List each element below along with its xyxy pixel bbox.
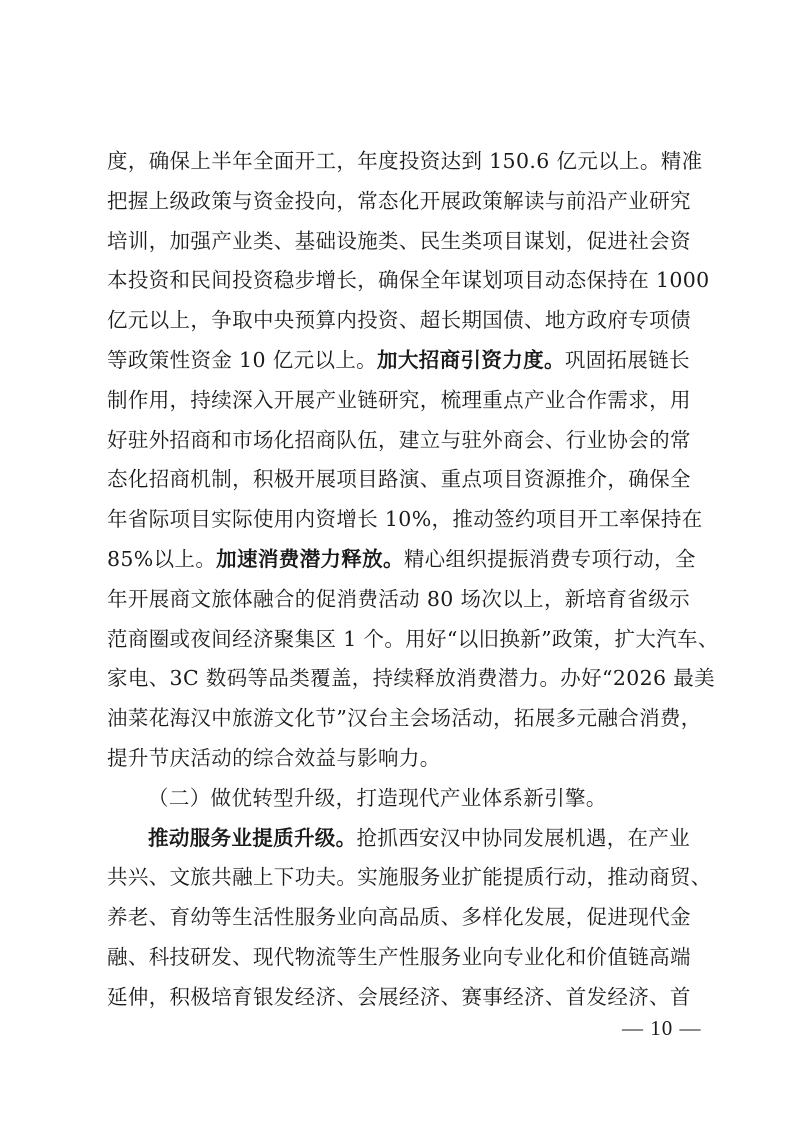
paragraph-text: 共兴、文旅共融上下功夫。实施服务业扩能提质行动，推动商贸、 xyxy=(107,865,712,889)
bold-heading-text: 推动服务业提质升级。 xyxy=(148,826,357,850)
text-line: 制作用，持续深入开展产业链研究，梳理重点产业合作需求，用 xyxy=(107,381,690,421)
text-line: 85%以上。加速消费潜力释放。精心组织提振消费专项行动，全 xyxy=(107,540,690,580)
bold-heading-text: 加速消费潜力释放。 xyxy=(216,547,404,571)
text-line: 延伸，积极培育银发经济、会展经济、赛事经济、首发经济、首 xyxy=(107,978,690,1018)
text-line: 等政策性资金 10 亿元以上。加大招商引资力度。巩固拓展链长 xyxy=(107,341,690,381)
paragraph-text: 态化招商机制，积极开展项目路演、重点项目资源推介，确保全 xyxy=(107,467,691,491)
paragraph-text: 把握上级政策与资金投向，常态化开展政策解读与前沿产业研究 xyxy=(107,189,691,213)
paragraph-text: 范商圈或夜间经济聚集区 1 个。用好“以旧换新”政策，扩大汽车、 xyxy=(107,627,719,651)
text-line: 推动服务业提质升级。抢抓西安汉中协同发展机遇，在产业 xyxy=(107,819,690,859)
paragraph-text: 巩固拓展链长 xyxy=(565,348,690,372)
paragraph-text: 油菜花海汉中旅游文化节”汉台主会场活动，拓展多元融合消费， xyxy=(107,706,702,730)
text-line: 态化招商机制，积极开展项目路演、重点项目资源推介，确保全 xyxy=(107,460,690,500)
bold-heading-text: 加大招商引资力度。 xyxy=(377,348,565,372)
paragraph-text: 延伸，积极培育银发经济、会展经济、赛事经济、首发经济、首 xyxy=(107,985,691,1009)
paragraph-text: 提升节庆活动的综合效益与影响力。 xyxy=(107,746,441,770)
paragraph-text: 养老、育幼等生活性服务业向高品质、多样化发展，促进现代金 xyxy=(107,905,691,929)
text-line: 范商圈或夜间经济聚集区 1 个。用好“以旧换新”政策，扩大汽车、 xyxy=(107,620,690,660)
text-line: （二）做优转型升级，打造现代产业体系新引擎。 xyxy=(107,779,690,819)
paragraph-text: （二）做优转型升级，打造现代产业体系新引擎。 xyxy=(148,786,607,810)
paragraph-text: 85%以上。 xyxy=(107,547,216,571)
paragraph-text: 培训，加强产业类、基础设施类、民生类项目谋划，促进社会资 xyxy=(107,229,691,253)
text-line: 本投资和民间投资稳步增长，确保全年谋划项目动态保持在 1000 xyxy=(107,261,690,301)
paragraph-text: 家电、3C 数码等品类覆盖，持续释放消费潜力。办好“2026 最美 xyxy=(107,666,715,690)
paragraph-text: 精心组织提振消费专项行动，全 xyxy=(404,547,696,571)
text-line: 养老、育幼等生活性服务业向高品质、多样化发展，促进现代金 xyxy=(107,898,690,938)
text-line: 亿元以上，争取中央预算内投资、超长期国债、地方政府专项债 xyxy=(107,301,690,341)
body-text: 度，确保上半年全面开工，年度投资达到 150.6 亿元以上。精准把握上级政策与资… xyxy=(107,142,690,1018)
paragraph-text: 好驻外招商和市场化招商队伍，建立与驻外商会、行业协会的常 xyxy=(107,428,691,452)
paragraph-text: 本投资和民间投资稳步增长，确保全年谋划项目动态保持在 1000 xyxy=(107,268,710,292)
text-line: 好驻外招商和市场化招商队伍，建立与驻外商会、行业协会的常 xyxy=(107,421,690,461)
text-line: 融、科技研发、现代物流等生产性服务业向专业化和价值链高端 xyxy=(107,938,690,978)
paragraph-text: 亿元以上，争取中央预算内投资、超长期国债、地方政府专项债 xyxy=(107,308,691,332)
text-line: 把握上级政策与资金投向，常态化开展政策解读与前沿产业研究 xyxy=(107,182,690,222)
paragraph-text: 等政策性资金 10 亿元以上。 xyxy=(107,348,377,372)
paragraph-text: 度，确保上半年全面开工，年度投资达到 150.6 亿元以上。精准 xyxy=(107,149,702,173)
paragraph-text: 年开展商文旅体融合的促消费活动 80 场次以上，新培育省级示 xyxy=(107,587,690,611)
text-line: 家电、3C 数码等品类覆盖，持续释放消费潜力。办好“2026 最美 xyxy=(107,659,690,699)
text-line: 年开展商文旅体融合的促消费活动 80 场次以上，新培育省级示 xyxy=(107,580,690,620)
paragraph-text: 抢抓西安汉中协同发展机遇，在产业 xyxy=(357,826,691,850)
text-line: 培训，加强产业类、基础设施类、民生类项目谋划，促进社会资 xyxy=(107,222,690,262)
text-line: 度，确保上半年全面开工，年度投资达到 150.6 亿元以上。精准 xyxy=(107,142,690,182)
page-number: — 10 — xyxy=(622,1016,702,1041)
document-page: 度，确保上半年全面开工，年度投资达到 150.6 亿元以上。精准把握上级政策与资… xyxy=(0,0,793,1122)
paragraph-text: 制作用，持续深入开展产业链研究，梳理重点产业合作需求，用 xyxy=(107,388,691,412)
text-line: 共兴、文旅共融上下功夫。实施服务业扩能提质行动，推动商贸、 xyxy=(107,858,690,898)
text-line: 年省际项目实际使用内资增长 10%，推动签约项目开工率保持在 xyxy=(107,500,690,540)
paragraph-text: 融、科技研发、现代物流等生产性服务业向专业化和价值链高端 xyxy=(107,945,691,969)
text-line: 提升节庆活动的综合效益与影响力。 xyxy=(107,739,690,779)
paragraph-text: 年省际项目实际使用内资增长 10%，推动签约项目开工率保持在 xyxy=(107,507,703,531)
text-line: 油菜花海汉中旅游文化节”汉台主会场活动，拓展多元融合消费， xyxy=(107,699,690,739)
